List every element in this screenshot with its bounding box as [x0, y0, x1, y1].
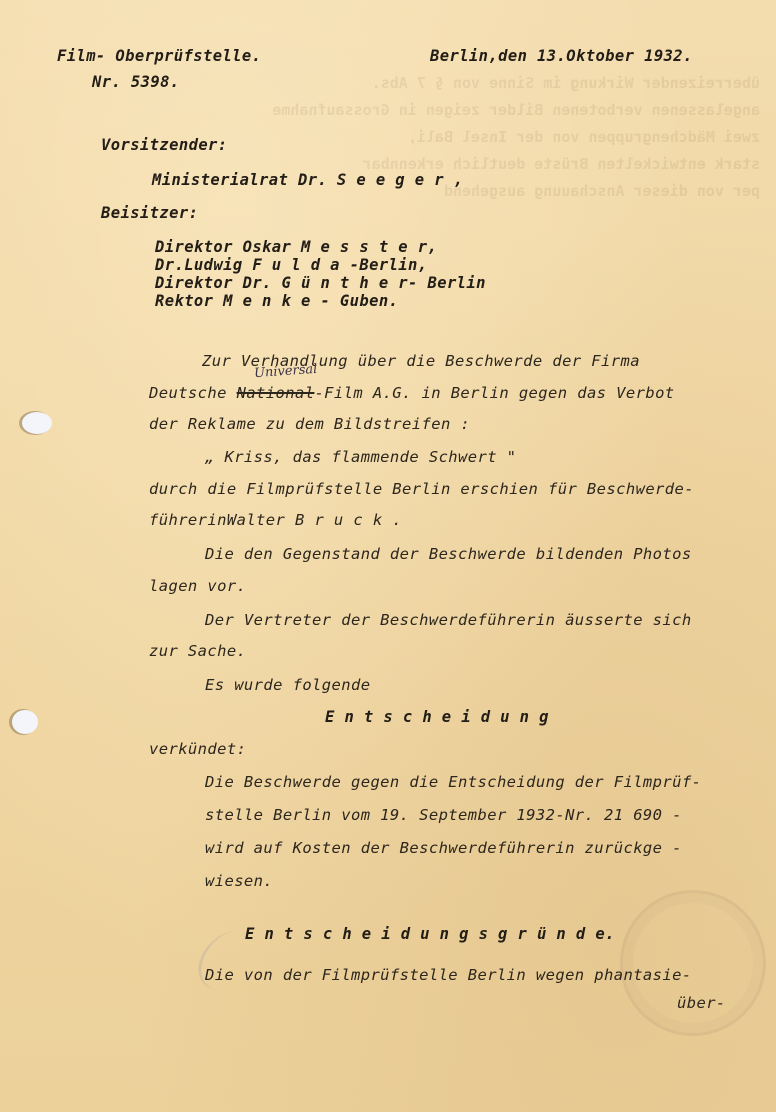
assessor: Direktor Dr. G ü n t h e r- Berlin	[155, 274, 486, 292]
assessor: Direktor Oskar M e s s t e r,	[155, 238, 437, 256]
chair-name: Ministerialrat Dr. S e e g e r ,	[152, 171, 463, 189]
punch-hole-icon	[12, 710, 38, 734]
intro-line: führerinWalter B r u c k .	[149, 511, 402, 529]
announced-label: verkündet:	[149, 740, 246, 758]
document-number: Nr. 5398.	[92, 73, 180, 91]
grounds-continuation: über-	[677, 994, 726, 1012]
photos-line: lagen vor.	[149, 577, 246, 595]
assessors-label: Beisitzer:	[101, 204, 198, 222]
representative-line: zur Sache.	[149, 642, 246, 660]
struck-word: National	[237, 384, 315, 402]
assessor: Rektor M e n k e - Guben.	[155, 292, 398, 310]
intro-line: der Reklame zu dem Bildstreifen :	[149, 415, 470, 433]
film-title: „ Kriss, das flammende Schwert "	[205, 448, 516, 466]
decision-heading: E n t s c h e i d u n g	[325, 708, 549, 726]
photos-line: Die den Gegenstand der Beschwerde bilden…	[205, 545, 692, 563]
result-intro: Es wurde folgende	[205, 676, 370, 694]
chair-label: Vorsitzender:	[101, 136, 228, 154]
ruling-line: wiesen.	[205, 872, 273, 890]
ruling-line: stelle Berlin vom 19. September 1932-Nr.…	[205, 806, 682, 824]
intro-line: durch die Filmprüfstelle Berlin erschien…	[149, 480, 694, 498]
grounds-line: Die von der Filmprüfstelle Berlin wegen …	[205, 966, 692, 984]
representative-line: Der Vertreter der Beschwerdeführerin äus…	[205, 611, 692, 629]
intro-suffix: -Film A.G. in Berlin gegen das Verbot	[314, 384, 674, 402]
intro-line: Deutsche National-Film A.G. in Berlin ge…	[149, 384, 675, 402]
intro-prefix: Deutsche	[149, 384, 237, 402]
faint-stamp-icon	[620, 890, 766, 1036]
ruling-line: Die Beschwerde gegen die Entscheidung de…	[205, 773, 701, 791]
grounds-heading: E n t s c h e i d u n g s g r ü n d e.	[245, 925, 615, 943]
punch-hole-icon	[22, 412, 52, 434]
assessor: Dr.Ludwig F u l d a -Berlin,	[155, 256, 428, 274]
ruling-line: wird auf Kosten der Beschwerdeführerin z…	[205, 839, 682, 857]
office-name: Film- Oberprüfstelle.	[57, 47, 261, 65]
place-date: Berlin,den 13.Oktober 1932.	[430, 47, 693, 65]
